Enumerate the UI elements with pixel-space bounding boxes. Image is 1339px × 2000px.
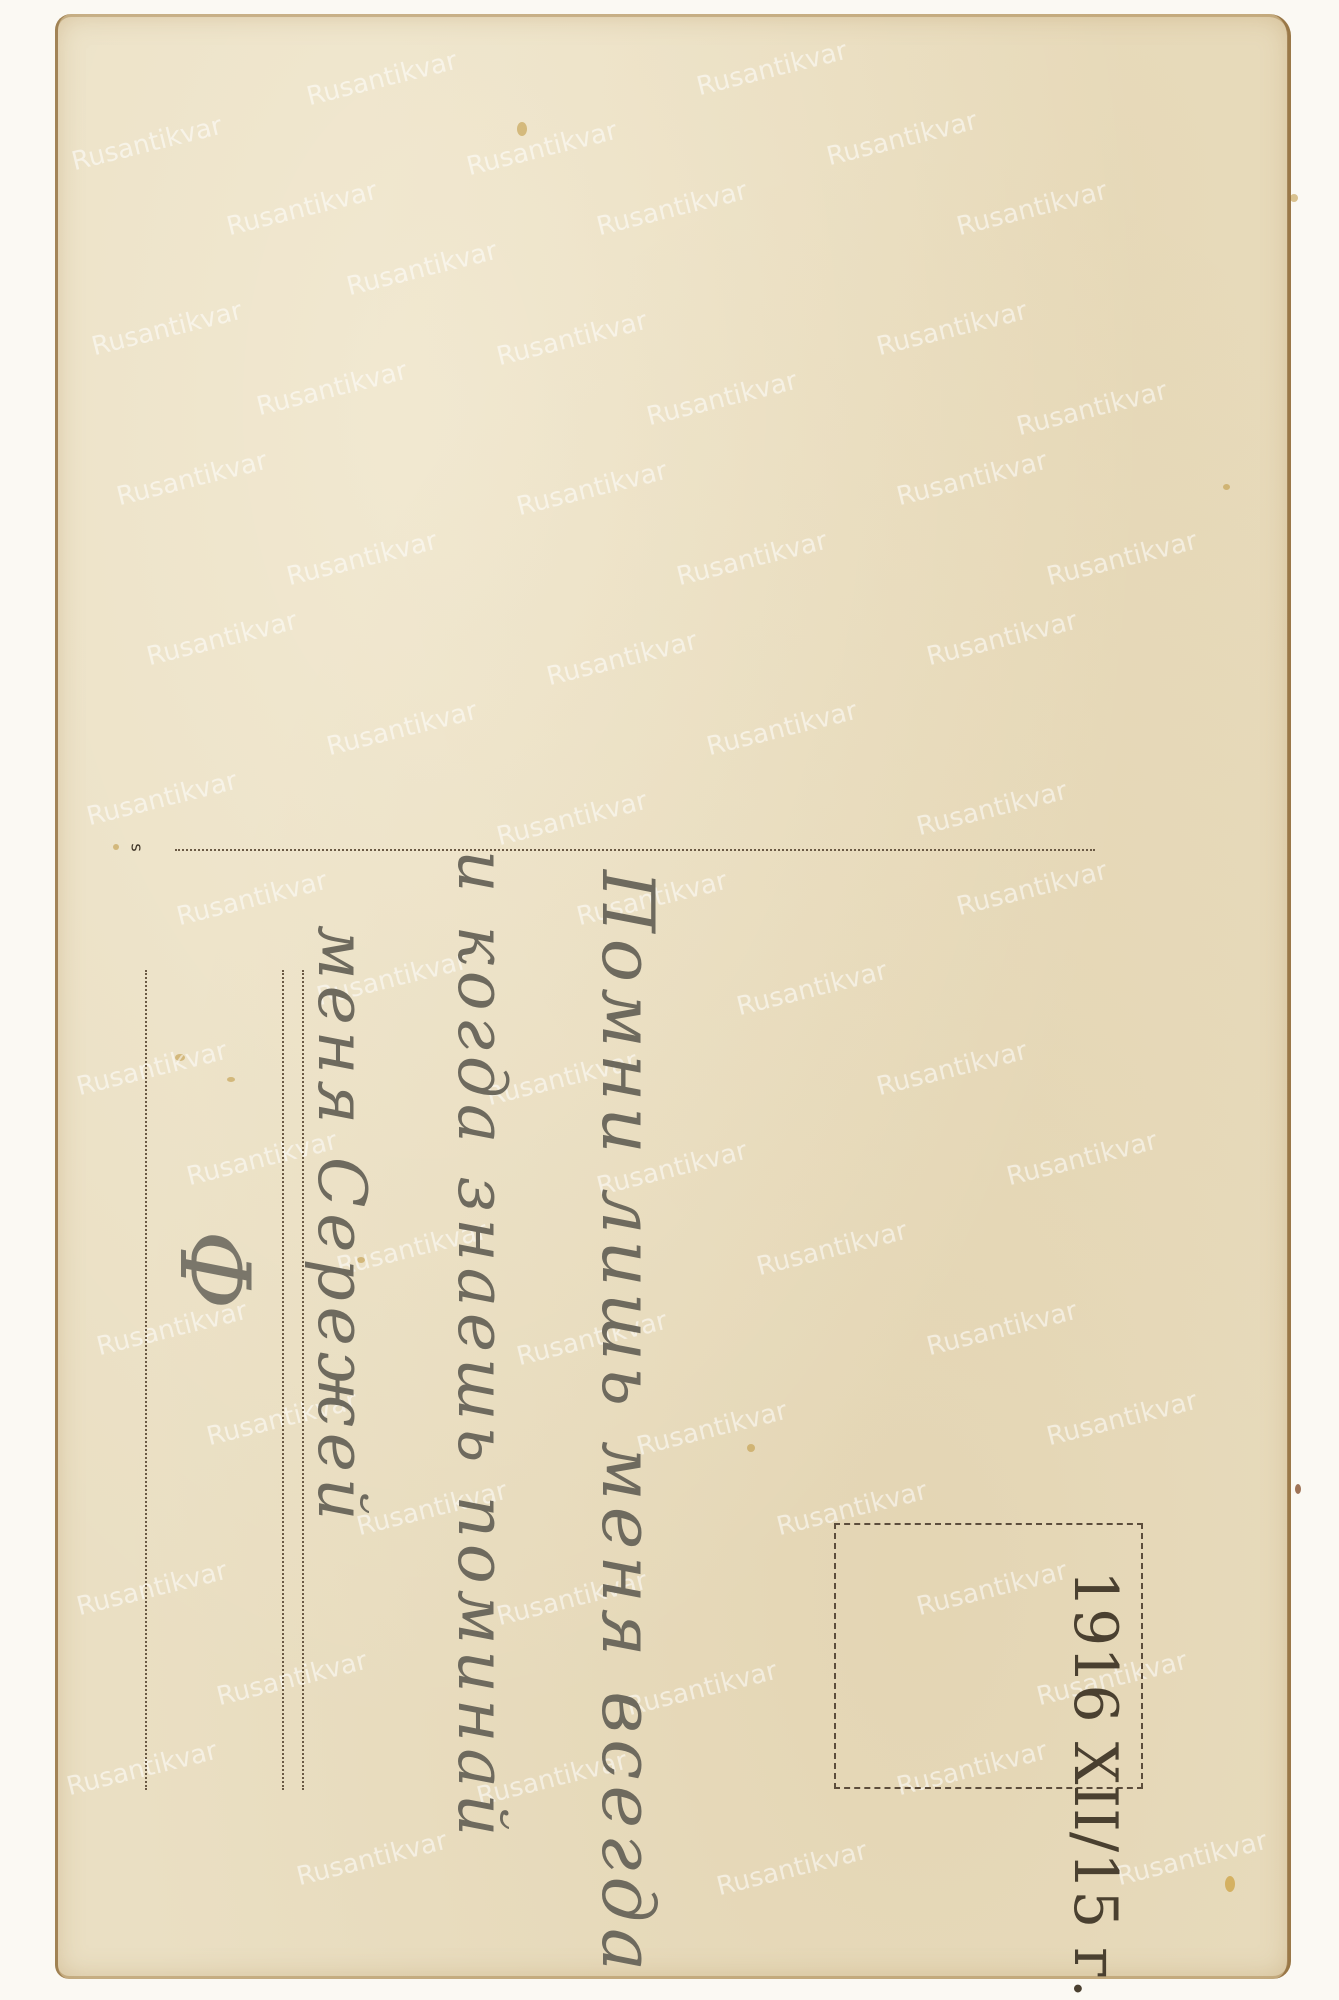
- watermark: Rusantikvar: [914, 776, 1071, 842]
- watermark: Rusantikvar: [284, 526, 441, 592]
- watermark: Rusantikvar: [674, 526, 831, 592]
- watermark: Rusantikvar: [324, 696, 481, 762]
- signature: Ф: [158, 1230, 270, 1310]
- watermark: Rusantikvar: [704, 696, 861, 762]
- watermark: Rusantikvar: [69, 111, 226, 177]
- watermark: Rusantikvar: [224, 176, 381, 242]
- watermark: Rusantikvar: [1014, 376, 1171, 442]
- stamp-box-date: 1916 XII/15 г.: [1060, 1570, 1130, 1998]
- watermark: Rusantikvar: [464, 116, 621, 182]
- watermark: Rusantikvar: [824, 106, 981, 172]
- watermark: Rusantikvar: [254, 356, 411, 422]
- watermark: Rusantikvar: [544, 626, 701, 692]
- watermark: Rusantikvar: [114, 446, 271, 512]
- watermark: Rusantikvar: [89, 296, 246, 362]
- watermark: Rusantikvar: [494, 306, 651, 372]
- stain: [1223, 484, 1230, 490]
- watermark: Rusantikvar: [874, 296, 1031, 362]
- stain: [113, 844, 119, 850]
- watermark: Rusantikvar: [694, 36, 851, 102]
- stain: [1295, 1484, 1301, 1494]
- handwriting-line-3: меня Сережей: [303, 925, 380, 1526]
- watermark: Rusantikvar: [304, 46, 461, 112]
- watermark: Rusantikvar: [954, 176, 1111, 242]
- stain: [517, 122, 527, 136]
- stain: [1290, 194, 1298, 202]
- watermark: Rusantikvar: [1044, 526, 1201, 592]
- watermark: Rusantikvar: [344, 236, 501, 302]
- watermark: Rusantikvar: [144, 606, 301, 672]
- handwriting-line-1: Помни лишь меня всегда: [586, 870, 670, 1977]
- watermark: Rusantikvar: [644, 366, 801, 432]
- watermark: Rusantikvar: [594, 176, 751, 242]
- handwriting-line-2: и когда знаешь поминай: [443, 850, 520, 1842]
- watermark: Rusantikvar: [924, 606, 1081, 672]
- watermark: Rusantikvar: [894, 446, 1051, 512]
- watermark: Rusantikvar: [84, 766, 241, 832]
- watermark: Rusantikvar: [514, 456, 671, 522]
